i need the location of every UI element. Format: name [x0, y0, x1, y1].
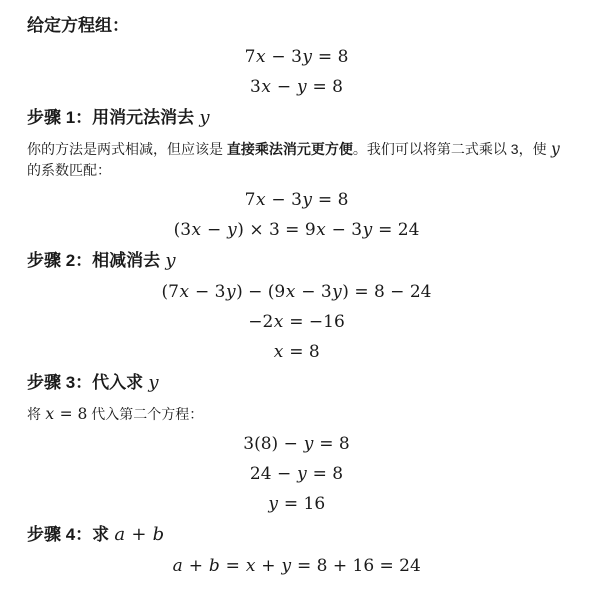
step3-heading-math: y — [148, 372, 159, 393]
intro-heading: 给定方程组： — [27, 15, 566, 37]
step1-heading: 步骤 1：用消元法消去 y — [27, 107, 566, 129]
step1-paragraph-bold-segment: 直接乘法消元更方便 — [227, 141, 353, 157]
step1-paragraph: 你的方法是两式相减，但应该是 直接乘法消元更方便。我们可以将第二式乘以 3，使 … — [27, 139, 566, 181]
given-equation-1: 7x − 3y = 8 — [27, 47, 566, 67]
step2-equation-2: −2x = −16 — [27, 312, 566, 332]
step3-equation-3: y = 16 — [27, 494, 566, 514]
math-solution-document: 给定方程组： 7x − 3y = 8 3x − y = 8 步骤 1：用消元法消… — [0, 0, 593, 592]
step1-paragraph-segment: 的系数匹配： — [27, 162, 111, 178]
step1-equation-2: (3x − y) × 3 = 9x − 3y = 24 — [27, 220, 566, 240]
step4-equation-1: a + b = x + y = 8 + 16 = 24 — [27, 556, 566, 576]
step2-heading: 步骤 2：相减消去 y — [27, 250, 566, 272]
step4-heading: 步骤 4：求 a + b — [27, 524, 566, 546]
step3-heading: 步骤 3：代入求 y — [27, 372, 566, 394]
step1-paragraph-segment: 。我们可以将第二式乘以 3，使 — [353, 141, 551, 157]
step3-paragraph: 将 x = 8 代入第二个方程： — [27, 404, 566, 425]
intro-heading-text: 给定方程组： — [27, 16, 129, 35]
step2-equation-1: (7x − 3y) − (9x − 3y) = 8 − 24 — [27, 282, 566, 302]
step1-paragraph-inline-math: y — [550, 140, 560, 158]
step3-equation-1: 3(8) − y = 8 — [27, 434, 566, 454]
step2-heading-text: 步骤 2：相减消去 — [27, 251, 165, 270]
step1-heading-text: 步骤 1：用消元法消去 — [27, 108, 199, 127]
step3-heading-text: 步骤 3：代入求 — [27, 373, 148, 392]
step4-heading-text: 步骤 4：求 — [27, 525, 114, 544]
step1-equation-1: 7x − 3y = 8 — [27, 190, 566, 210]
step1-heading-math: y — [199, 107, 210, 128]
step3-equation-2: 24 − y = 8 — [27, 464, 566, 484]
given-equation-2: 3x − y = 8 — [27, 77, 566, 97]
step3-paragraph-segment: 将 — [27, 406, 45, 422]
step2-heading-math: y — [165, 250, 176, 271]
step2-equation-3: x = 8 — [27, 342, 566, 362]
step4-heading-math: a + b — [114, 524, 165, 545]
step3-paragraph-segment: 代入第二个方程： — [87, 406, 203, 422]
step3-paragraph-inline-math: x = 8 — [45, 405, 87, 423]
step1-paragraph-segment: 你的方法是两式相减，但应该是 — [27, 141, 227, 157]
